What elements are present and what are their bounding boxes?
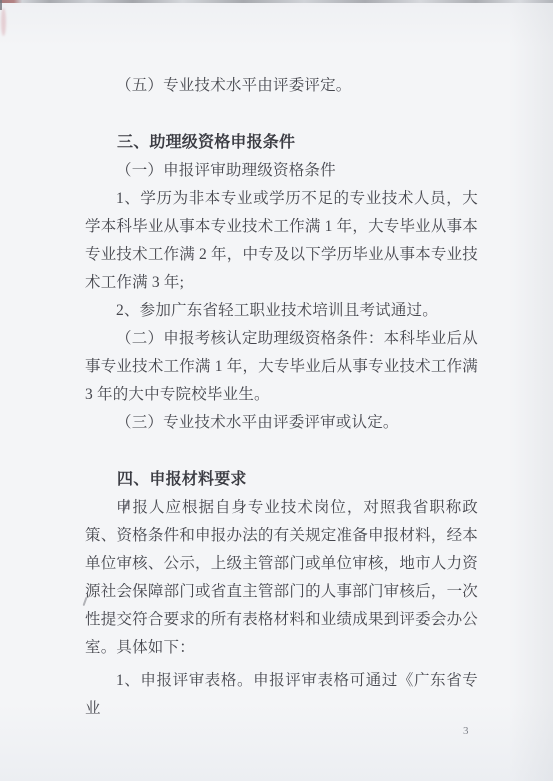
paragraph-clause-1: 1、学历为非本专业或学历不足的专业技术人员，大学本科毕业从事本专业技术工作满 1… [85,185,478,297]
section-heading-3: 三、助理级资格申报条件 [85,129,478,157]
document-content: （五）专业技术水平由评委评定。 三、助理级资格申报条件 （一）申报评审助理级资格… [85,72,478,723]
paragraph-materials-item-1: 1、申报评审表格。申报评审表格可通过《广东省专业 [85,667,478,723]
paragraph-materials-intro: 申报人应根据自身专业技术岗位，对照我省职称政策、资格条件和申报办法的有关规定准备… [85,494,478,662]
paragraph-clause-2: 2、参加广东省轻工职业技术培训且考试通过。 [85,297,478,325]
paragraph-item-5: （五）专业技术水平由评委评定。 [85,72,478,100]
document-page: （五）专业技术水平由评委评定。 三、助理级资格申报条件 （一）申报评审助理级资格… [0,0,553,781]
scan-top-edge-artifact [0,0,553,3]
paragraph-item-2-sub: （二）申报考核认定助理级资格条件：本科毕业后从事专业技术工作满 1 年，大专毕业… [85,325,478,409]
scan-red-smudge-artifact [1,8,6,36]
paragraph-item-1-sub: （一）申报评审助理级资格条件 [85,157,478,185]
section-heading-4: 四、申报材料要求 [85,466,478,494]
page-number: 3 [463,725,469,737]
paragraph-item-3-sub: （三）专业技术水平由评委评审或认定。 [85,409,478,437]
